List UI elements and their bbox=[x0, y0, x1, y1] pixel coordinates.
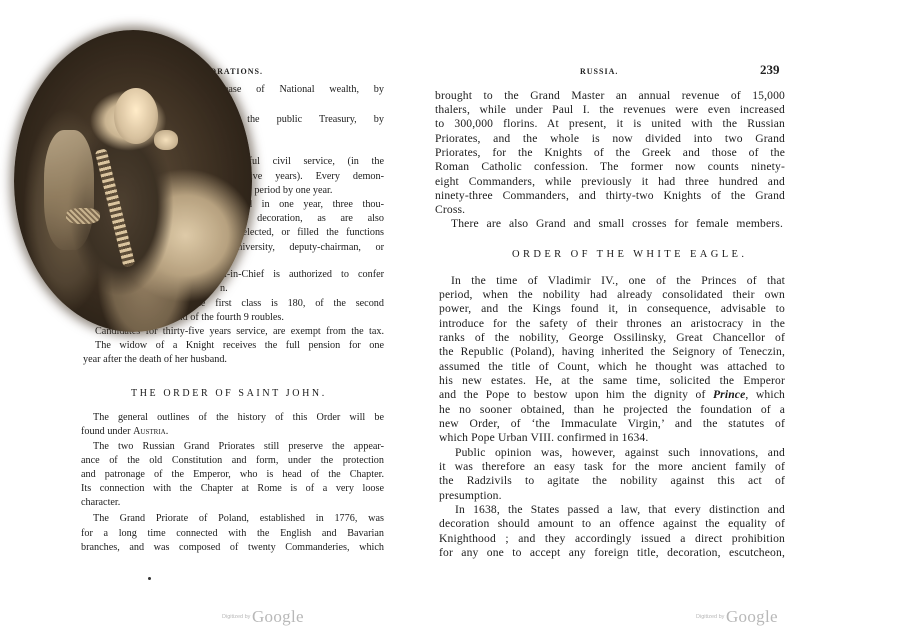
portrait-cape bbox=[44, 130, 94, 250]
small-caps-term: Austria bbox=[133, 426, 166, 437]
text-line: n. bbox=[220, 282, 228, 296]
text-line: ance of the old Constitution and form, u… bbox=[81, 454, 384, 468]
text-line: ninety-three Commanders, and thirty-two … bbox=[435, 189, 785, 203]
text-line: thalers, while under Paul I. the revenue… bbox=[435, 103, 785, 117]
text-line: The Grand Priorate of Poland, establishe… bbox=[93, 512, 384, 526]
google-digitized-watermark: Digitized by Google bbox=[222, 607, 304, 627]
text-line: faithful civil service, (in the bbox=[230, 155, 384, 169]
text-line: the decoration, as are also bbox=[230, 212, 384, 226]
text-line: brought to the Grand Master an annual re… bbox=[435, 89, 785, 103]
text-line: and the Pope to bestow upon him the dign… bbox=[439, 388, 785, 402]
google-digitized-watermark: Digitized by Google bbox=[696, 607, 778, 627]
text-line: Public opinion was, however, against suc… bbox=[455, 446, 785, 460]
italic-term: Prince bbox=[713, 388, 745, 401]
text-line: which Pope Urban VIII. confirmed in 1634… bbox=[439, 431, 648, 445]
text-line: for a long time connected with the Engli… bbox=[81, 527, 384, 541]
text-line: it was therefore an easy task for the mo… bbox=[439, 460, 785, 474]
right-running-head: RUSSIA. bbox=[580, 67, 618, 76]
text-line: assumed the title of Count, which he tho… bbox=[439, 360, 785, 374]
text-line: Cross. bbox=[435, 203, 465, 217]
portrait-hand bbox=[154, 130, 178, 150]
text-line: Its connection with the Chapter at Rome … bbox=[81, 482, 384, 496]
text-line: decoration should amount to an offence a… bbox=[439, 517, 785, 531]
section-heading-white-eagle: ORDER OF THE WHITE EAGLE. bbox=[512, 249, 747, 260]
google-wordmark: Google bbox=[252, 607, 304, 626]
paper-speck bbox=[148, 577, 151, 580]
text-line: Roman Catholic confession. The former no… bbox=[435, 160, 785, 174]
text-line: University, deputy-chairman, or bbox=[230, 241, 384, 255]
text-line: for any one to accept any foreign title,… bbox=[439, 546, 785, 560]
section-heading-saint-john: THE ORDER OF SAINT JOHN. bbox=[131, 388, 327, 399]
page-number: 239 bbox=[760, 62, 780, 78]
portrait-chain bbox=[95, 148, 136, 267]
text-line: new Order, of ‘the Immaculate Virgin,’ a… bbox=[439, 417, 785, 431]
text-run: and the Pope to bestow upon him the dign… bbox=[439, 388, 713, 401]
text-line: and patronage of the Emperor, who is hea… bbox=[81, 468, 384, 482]
text-line: In 1638, the States passed a law, that e… bbox=[455, 503, 785, 517]
text-line: The two Russian Grand Priorates still pr… bbox=[93, 440, 384, 454]
text-line: introduce for the safety of their throne… bbox=[439, 317, 785, 331]
portrait-face bbox=[114, 88, 158, 144]
watermark-prefix: Digitized by bbox=[696, 614, 726, 620]
text-run: , which bbox=[745, 388, 785, 401]
text-line: nated in one year, three thou- bbox=[230, 198, 384, 212]
text-line: found under Austria. bbox=[81, 425, 168, 439]
text-line: year after the death of her husband. bbox=[83, 353, 227, 367]
text-line: There are also Grand and small crosses f… bbox=[451, 217, 783, 231]
text-line: period, when the nobility had already co… bbox=[439, 288, 785, 302]
text-line: the Radzivils to agitate the nobility ag… bbox=[439, 474, 785, 488]
text-line: the first class is 180, of the second bbox=[193, 297, 384, 311]
watermark-prefix: Digitized by bbox=[222, 614, 252, 620]
text-line: In the time of Vladimir IV., one of the … bbox=[451, 274, 785, 288]
text-line: n elected, or filled the functions bbox=[230, 226, 384, 240]
text-line: nty-five years). Every demon- bbox=[230, 170, 384, 184]
text-line: increase of National wealth, by bbox=[208, 83, 384, 97]
portrait-cuff bbox=[66, 208, 100, 224]
text-line: power, and the Kings found it, in conseq… bbox=[439, 302, 785, 316]
text-line: Priorates, and the whole is now divided … bbox=[435, 132, 785, 146]
text-line: he no sooner obtained, than he projected… bbox=[439, 403, 785, 417]
text-line: Knighthood ; and they accordingly issued… bbox=[439, 532, 785, 546]
text-run: found under bbox=[81, 426, 133, 437]
text-line: l-in-Chief is authorized to confer bbox=[224, 268, 384, 282]
text-line: ranks of the nobility, George Ossilinsky… bbox=[439, 331, 785, 345]
text-line: his new estates. He, at the same time, s… bbox=[439, 374, 785, 388]
text-line: the Republic (Poland), having inherited … bbox=[439, 345, 785, 359]
google-wordmark: Google bbox=[726, 607, 778, 626]
text-line: character. bbox=[81, 496, 120, 510]
text-line: The general outlines of the history of t… bbox=[93, 411, 384, 425]
text-line: branches, and was composed of twenty Com… bbox=[81, 541, 384, 555]
oval-portrait-image bbox=[14, 30, 252, 332]
text-line: eight Commanders, while previously it ha… bbox=[435, 175, 785, 189]
text-line: to 300,000 florins. At present, it is un… bbox=[435, 117, 785, 131]
text-line: Priorates, for the Knights of the Greek … bbox=[435, 146, 785, 160]
text-run: . bbox=[166, 426, 169, 437]
text-line: presumption. bbox=[439, 489, 502, 503]
text-line: The widow of a Knight receives the full … bbox=[95, 339, 384, 353]
